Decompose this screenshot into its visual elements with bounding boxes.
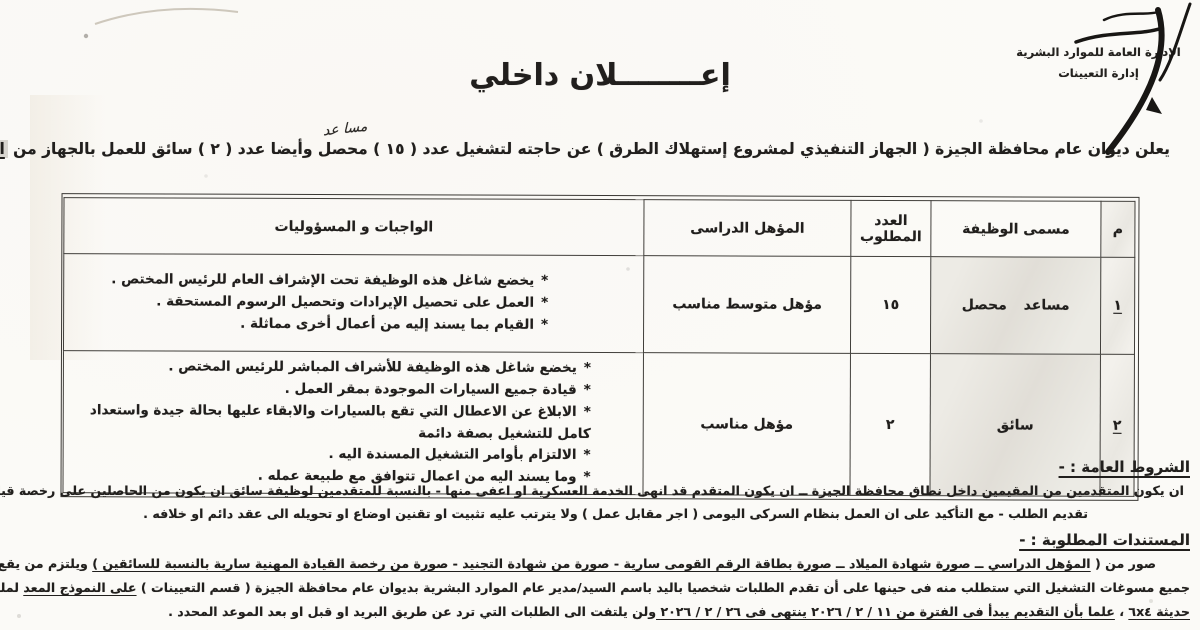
intro-text-part1: يعلن ديوان عام محافظة الجيزة ( الجهاز ال…	[368, 140, 1170, 158]
bullet-star: *	[584, 360, 591, 376]
required-documents-line2: جميع مسوغات التشغيل التي ستطلب منه فى حي…	[0, 580, 1190, 595]
general-conditions-line2: تقديم الطلب - مع التأكيد على ان العمل بن…	[143, 506, 1088, 521]
bullet-star: *	[584, 382, 591, 398]
duty-text: قيادة جميع السيارات الموجودة بمقر العمل …	[285, 381, 577, 398]
header-qualification: المؤهل الدراسى	[644, 200, 851, 257]
intro-word-with-note: محصلمسا عد	[318, 140, 368, 158]
rd-line1-underlined-list: المؤهل الدراسي ــ صورة شهادة الميلاد ــ …	[92, 556, 1090, 571]
rd-line1-plain: صور من (	[1091, 556, 1156, 571]
rd-line2-plain2: لملئه بالادارة	[0, 580, 23, 595]
duty-item: *يخضع شاغل هذه الوظيفة للأشراف المباشر ل…	[70, 356, 591, 380]
duty-text: الالتزام بأوامر التشغيل المسندة اليه .	[329, 446, 577, 463]
duty-text: يخضع شاغل هذه الوظيفة تحت الإشراف العام …	[111, 271, 534, 288]
bullet-star: *	[541, 295, 548, 311]
table-header-row: م مسمى الوظيفة العدد المطلوب المؤهل الدر…	[64, 198, 1135, 258]
rd-line3-size-value: ٦x٤	[1128, 604, 1151, 619]
scanned-announcement-document: الإدارة العامة للموارد البشرية إدارة الت…	[0, 0, 1200, 630]
header-count-line1: العدد	[851, 212, 930, 228]
intro-paragraph: يعلن ديوان عام محافظة الجيزة ( الجهاز ال…	[0, 140, 1170, 158]
required-documents-line3: حديثة ٦x٤ ، علما بأن التقديم يبدأ فى الف…	[168, 604, 1190, 619]
duty-text: القيام بما يسند إليه من أعمال أخرى مماثل…	[240, 316, 534, 333]
intro-highlight-males-only: الذكور فقط	[0, 140, 8, 158]
header-job-title: مسمى الوظيفة	[931, 201, 1101, 258]
row2-count: ٢	[850, 353, 930, 495]
rd-line1-tail: ويلتزم من يقع عليه الاختيار بتقديم اصول	[0, 556, 92, 571]
row1-num: ١	[1100, 257, 1134, 354]
row1-count: ١٥	[850, 256, 930, 353]
rd-line2-plain: جميع مسوغات التشغيل التي ستطلب منه فى حي…	[137, 580, 1190, 595]
row2-duties: *يخضع شاغل هذه الوظيفة للأشراف المباشر ل…	[63, 351, 643, 495]
row1-qualification: مؤهل متوسط مناسب	[643, 256, 850, 354]
general-conditions-line1: ان يكون المتقدمين من المقيمين داخل نطاق …	[0, 483, 1184, 498]
page-title: إعــــــــلان داخلي	[0, 58, 1200, 93]
rd-line3-separator: ،	[1115, 604, 1129, 619]
rd-line3-word: حديثة	[1152, 604, 1190, 619]
bullet-star: *	[541, 273, 548, 289]
duty-item: *يخضع شاغل هذه الوظيفة تحت الإشراف العام…	[70, 269, 548, 293]
rd-line3-photo-size: حديثة ٦x٤	[1128, 604, 1190, 619]
required-documents-heading: المستندات المطلوبة : -	[1019, 531, 1190, 549]
bullet-star: *	[584, 447, 591, 463]
duty-text: يخضع شاغل هذه الوظيفة للأشراف المباشر لل…	[168, 358, 576, 375]
duty-item: *الالتزام بأوامر التشغيل المسندة اليه .	[70, 444, 591, 468]
rd-line3-tail: ولن يلتفت الى الطلبات التي ترد عن طريق ا…	[168, 604, 656, 619]
header-count-line2: المطلوب	[851, 228, 930, 244]
duty-text: العمل على تحصيل الإيرادات وتحصيل الرسوم …	[156, 294, 534, 311]
table-row-collector-assistant: ١ مساعد محصل ١٥ مؤهل متوسط مناسب *يخضع ش…	[63, 254, 1134, 355]
rd-line2-underlined-form: على النموذج المعد	[23, 580, 136, 595]
handwritten-correction: مسا عد	[323, 119, 367, 140]
table-row-driver: ٢ سائق ٢ مؤهل مناسب *يخضع شاغل هذه الوظي…	[63, 351, 1134, 497]
row2-qualification: مؤهل مناسب	[643, 353, 850, 496]
header-num: م	[1101, 201, 1135, 257]
jobs-table-frame: م مسمى الوظيفة العدد المطلوب المؤهل الدر…	[60, 193, 1139, 501]
bullet-star: *	[541, 317, 548, 333]
jobs-table: م مسمى الوظيفة العدد المطلوب المؤهل الدر…	[62, 197, 1135, 497]
required-documents-line1: صور من ( المؤهل الدراسي ــ صورة شهادة ال…	[0, 556, 1156, 571]
bullet-star: *	[584, 404, 591, 420]
row1-job-title: مساعد محصل	[930, 257, 1100, 355]
scan-artifact-curve	[0, 0, 1200, 40]
duty-text: الابلاغ عن الاعطال التي تقع بالسيارات وا…	[90, 402, 591, 442]
duty-item: *العمل على تحصيل الإيرادات وتحصيل الرسوم…	[70, 291, 548, 315]
duty-item: *القيام بما يسند إليه من أعمال أخرى مماث…	[70, 313, 548, 337]
scan-noise-specks	[0, 0, 2, 2]
intro-text-part2: وأيضا عدد ( ٢ ) سائق للعمل بالجهاز من	[8, 140, 318, 158]
header-required-count: العدد المطلوب	[851, 200, 931, 256]
header-duties: الواجبات و المسؤوليات	[64, 198, 644, 256]
row1-duties: *يخضع شاغل هذه الوظيفة تحت الإشراف العام…	[63, 254, 643, 353]
duty-item: *قيادة جميع السيارات الموجودة بمقر العمل…	[70, 378, 591, 402]
duty-item: *الابلاغ عن الاعطال التي تقع بالسيارات و…	[70, 400, 591, 446]
general-conditions-heading: الشروط العامة : -	[1059, 458, 1190, 476]
rd-line3-application-dates: علما بأن التقديم يبدأ فى الفترة من ١١ / …	[656, 604, 1115, 619]
intro-word: محصل	[318, 140, 368, 158]
